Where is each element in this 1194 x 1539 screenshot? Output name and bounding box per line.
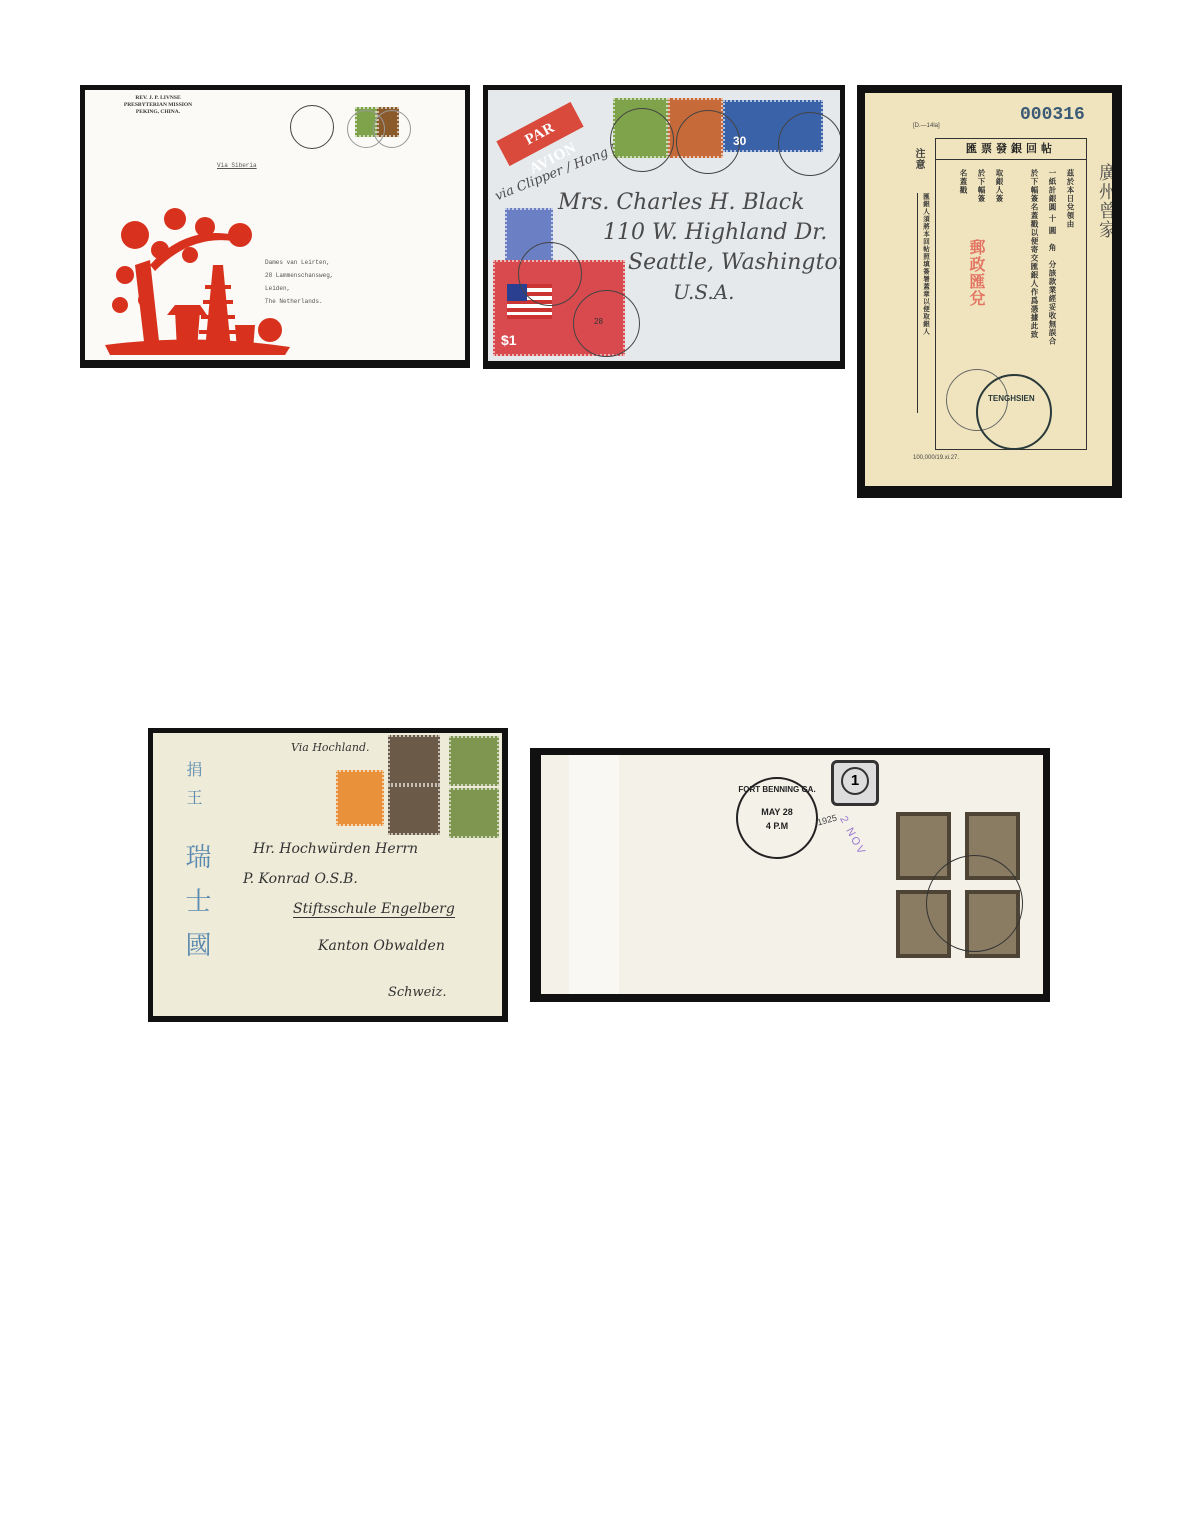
address-line: Schweiz. xyxy=(388,985,447,1000)
envelope-back: FORT BENNING GA. MAY 28 4 P.M 1925 1 2 N… xyxy=(541,755,1043,994)
money-order-receipt: [D.—14la] 000316 注意 匯銀人須將本回帖照填簽署蓋章以便取銀人 … xyxy=(857,85,1122,498)
stamp xyxy=(336,770,384,826)
postmark-date: 28 xyxy=(594,317,603,326)
letterhead: REV. J. P. LIVNSE PRESBYTERIAN MISSION P… xyxy=(113,95,203,116)
serial-number: 000316 xyxy=(1020,105,1085,125)
red-chop: 郵政匯兌 xyxy=(964,239,987,307)
postmark-year: 1925 xyxy=(816,813,838,828)
notice-label: 注意 xyxy=(911,148,926,170)
notice-text: 匯銀人須將本回帖照填簽署蓋章以便取銀人 xyxy=(917,193,930,413)
form-column: 取銀人簽 xyxy=(994,169,1005,203)
envelope: 捐王 瑞士國 Via Hochland. Hr. Hochwürden Herr… xyxy=(153,733,502,1016)
letterhead-line: REV. J. P. LIVNSE xyxy=(113,95,203,102)
stamp xyxy=(449,788,499,838)
postmark xyxy=(518,242,582,306)
cover-airmail-to-seattle: LES PAPIERS D.L.PAR AVION via Clipper / … xyxy=(483,85,845,369)
cover-fort-benning-backstamp: FORT BENNING GA. MAY 28 4 P.M 1925 1 2 N… xyxy=(530,748,1050,1002)
address-line: Stiftsschule Engelberg xyxy=(293,901,455,918)
form-box: 匯票發銀回帖 茲於本日兌領由 一紙計銀圓 十 圓 角 分該款業經妥收無誤合 於下… xyxy=(935,138,1087,450)
print-run: 100,000/19.xi.27. xyxy=(913,455,959,461)
letterhead-line: PRESBYTERIAN MISSION xyxy=(113,102,203,109)
postmark xyxy=(610,108,674,172)
postmark: 28 xyxy=(573,290,640,357)
purple-chop: 2 NOV xyxy=(837,814,868,858)
par-avion-label: LES PAPIERS D.L.PAR AVION xyxy=(496,102,583,166)
letterhead-line: PEKING, CHINA. xyxy=(113,109,203,116)
address-line: U.S.A. xyxy=(673,280,735,304)
address-line: Hr. Hochwürden Herrn xyxy=(253,841,418,857)
handwritten-note: 廣州曾家 xyxy=(1093,163,1112,239)
postmark-text: TENGHSIEN xyxy=(988,394,1035,403)
form-column: 茲於本日兌領由 xyxy=(1065,169,1076,229)
tenghsien-postmark: TENGHSIEN xyxy=(976,374,1052,450)
cover-to-engelberg: 捐王 瑞士國 Via Hochland. Hr. Hochwürden Herr… xyxy=(148,728,508,1022)
postmark xyxy=(676,110,740,174)
address-line: Kanton Obwalden xyxy=(318,938,445,954)
stamp xyxy=(449,736,499,786)
chinese-characters: 捐王 xyxy=(181,761,204,817)
stamp xyxy=(388,785,440,835)
route-note: Via Siberia xyxy=(217,162,257,169)
postmark xyxy=(778,112,840,176)
label-subtext: LES PAPIERS D.L. xyxy=(510,109,553,150)
postmark-text: FORT BENNING GA. xyxy=(738,785,816,794)
receiving-mark: 1 xyxy=(831,760,879,806)
flap xyxy=(569,755,619,994)
fort-benning-postmark: FORT BENNING GA. MAY 28 4 P.M xyxy=(736,777,818,859)
address-line: Mrs. Charles H. Black xyxy=(558,190,804,215)
char: 國 xyxy=(182,931,212,975)
receipt-form: [D.—14la] 000316 注意 匯銀人須將本回帖照填簽署蓋章以便取銀人 … xyxy=(865,93,1112,486)
chinese-characters: 瑞士國 xyxy=(179,843,216,975)
postmark xyxy=(373,110,411,148)
cover-peking-to-leiden: REV. J. P. LIVNSE PRESBYTERIAN MISSION P… xyxy=(80,85,470,368)
receiving-number: 1 xyxy=(841,767,869,795)
char: 王 xyxy=(184,789,201,817)
envelope: REV. J. P. LIVNSE PRESBYTERIAN MISSION P… xyxy=(85,90,465,360)
address-line: P. Konrad O.S.B. xyxy=(243,871,358,887)
stamp xyxy=(388,735,440,785)
postmark xyxy=(926,855,1023,952)
postmark-time: 4 P.M xyxy=(738,821,816,831)
char: 士 xyxy=(182,887,212,931)
postmark-date: MAY 28 xyxy=(738,807,816,817)
postmark xyxy=(290,105,334,149)
char: 捐 xyxy=(184,761,201,789)
route-note: Via Hochland. xyxy=(291,741,369,754)
address-line: Seattle, Washington xyxy=(628,250,840,275)
form-number: [D.—14la] xyxy=(913,123,940,129)
form-title: 匯票發銀回帖 xyxy=(936,139,1086,160)
form-column: 名蓋戳 xyxy=(958,169,969,195)
papercut-tree-pagoda-icon xyxy=(105,205,295,355)
char: 瑞 xyxy=(182,843,212,887)
stamp-value: $1 xyxy=(501,332,517,348)
address-line: 110 W. Highland Dr. xyxy=(603,220,827,245)
envelope: LES PAPIERS D.L.PAR AVION via Clipper / … xyxy=(488,90,840,361)
form-column: 於下幅簽 xyxy=(976,169,987,203)
